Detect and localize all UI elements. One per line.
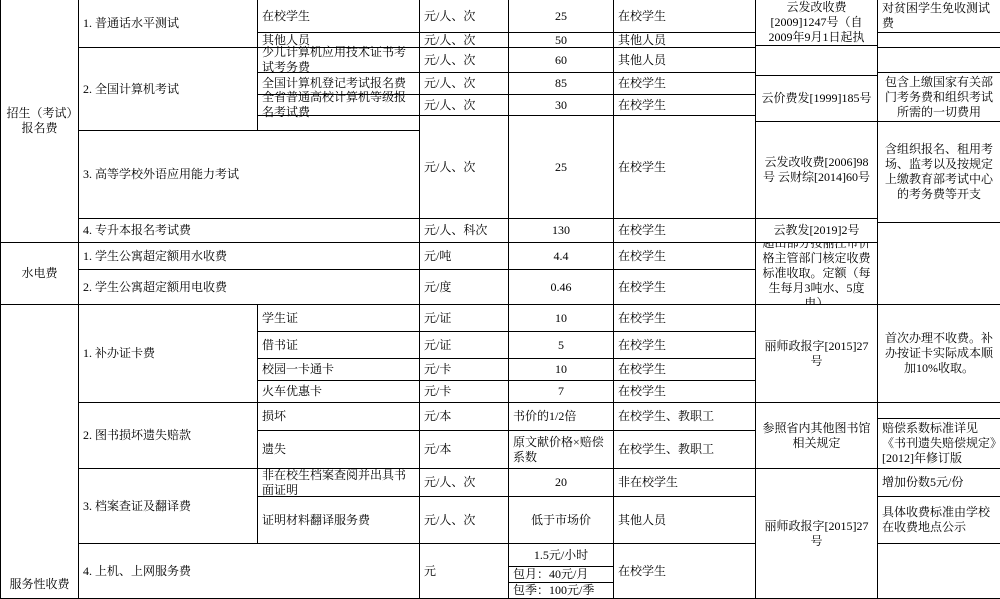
cell-payer: 在校学生 — [614, 305, 756, 332]
cell-note-empty — [878, 48, 1000, 73]
cell-price: 包月：40元/月 — [509, 567, 614, 583]
cell-price: 1.5元/小时 — [509, 544, 614, 567]
cell-payer: 在校学生 — [614, 544, 756, 599]
cell-price: 包季：100元/季 — [509, 583, 614, 599]
cell-payer: 在校学生 — [614, 116, 756, 219]
cell-unit: 元/卡 — [420, 381, 509, 403]
cell-payer: 在校学生 — [614, 0, 756, 33]
cell-unit: 元/人、次 — [420, 95, 509, 116]
cell-unit: 元/人、次 — [420, 0, 509, 33]
cell-note-includes-organizing-expenses: 含组织报名、租用考场、监考以及按规定上缴教育部考试中心的考务费等开支 — [878, 122, 1000, 223]
cell-payer: 其他人员 — [614, 33, 756, 48]
cell-price: 25 — [509, 116, 614, 219]
cell-payer: 在校学生、教职工 — [614, 403, 756, 431]
cell-basis-computer-exam: 云价费发[1999]185号 — [756, 76, 878, 122]
cell-item-putonghua-test: 1. 普通话水平测试 — [79, 0, 258, 48]
cell-price: 4.4 — [509, 243, 614, 270]
cell-note-posted-at-payment-site: 具体收费标准由学校在收费地点公示 — [878, 497, 1000, 544]
cell-item-over-quota-water: 1. 学生公寓超定额用水收费 — [79, 243, 420, 270]
cell-subitem-campus-card: 校园一卡通卡 — [258, 359, 420, 381]
cell-price: 130 — [509, 219, 614, 243]
cell-price: 30 — [509, 95, 614, 116]
cell-unit: 元/人、次 — [420, 469, 509, 497]
cell-payer: 非在校学生 — [614, 469, 756, 497]
cell-payer: 在校学生 — [614, 243, 756, 270]
cell-unit: 元/人、次 — [420, 33, 509, 48]
cell-price: 7 — [509, 381, 614, 403]
cell-note-empty — [878, 403, 1000, 419]
cell-subitem-empty — [258, 116, 420, 131]
cell-note-extra-copies: 增加份数5元/份 — [878, 469, 1000, 497]
cell-subitem-lost: 遗失 — [258, 431, 420, 469]
cell-unit: 元/本 — [420, 403, 509, 431]
cell-item-card-replacement: 1. 补办证卡费 — [79, 305, 258, 403]
cell-note-includes-national-fees: 包含上缴国家有关部门考务费和组织考试所需的一切费用 — [878, 73, 1000, 122]
cell-subitem-enrolled-students: 在校学生 — [258, 0, 420, 33]
cell-payer: 其他人员 — [614, 48, 756, 73]
cell-unit: 元 — [420, 544, 509, 599]
cell-price: 低于市场价 — [509, 497, 614, 544]
cell-price: 50 — [509, 33, 614, 48]
cell-unit: 元/人、次 — [420, 73, 509, 95]
cell-subitem-library-card: 借书证 — [258, 332, 420, 359]
cell-payer: 在校学生、教职工 — [614, 431, 756, 469]
cell-subitem-damaged: 损坏 — [258, 403, 420, 431]
cell-subitem-provincial-computer-grade: 全省普通高校计算机等级报名考试费 — [258, 95, 420, 116]
cell-unit: 元/人、次 — [420, 497, 509, 544]
cell-subitem-children-computer-cert: 少儿计算机应用技术证书考试考务费 — [258, 48, 420, 73]
cell-unit: 元/人、科次 — [420, 219, 509, 243]
cell-price: 10 — [509, 305, 614, 332]
cell-unit: 元/人、次 — [420, 48, 509, 73]
fee-schedule-table: 招生（考试）报名费 水电费 服务性收费 1. 普通话水平测试 2. 全国计算机考… — [0, 0, 1000, 599]
cell-subitem-translation-service: 证明材料翻译服务费 — [258, 497, 420, 544]
cell-unit: 元/证 — [420, 305, 509, 332]
cell-price: 原文献价格×赔偿系数 — [509, 431, 614, 469]
cell-price: 60 — [509, 48, 614, 73]
cell-unit: 元/卡 — [420, 359, 509, 381]
cell-item-national-computer-exam: 2. 全国计算机考试 — [79, 48, 258, 131]
cell-basis-foreign-language-test: 云发改收费[2006]98号 云财综[2014]60号 — [756, 122, 878, 219]
cell-price: 85 — [509, 73, 614, 95]
cell-payer: 在校学生 — [614, 219, 756, 243]
cell-payer: 在校学生 — [614, 95, 756, 116]
cell-payer: 在校学生 — [614, 270, 756, 305]
cell-item-book-damage-compensation: 2. 图书损坏遗失赔款 — [79, 403, 258, 469]
cell-unit: 元/本 — [420, 431, 509, 469]
cell-unit: 元/吨 — [420, 243, 509, 270]
cell-unit: 元/人、次 — [420, 116, 509, 219]
cell-note-poor-students-exempt: 对贫困学生免收测试费 — [878, 0, 1000, 33]
cell-price: 书价的1/2倍 — [509, 403, 614, 431]
cell-price: 0.46 — [509, 270, 614, 305]
cell-unit: 元/证 — [420, 332, 509, 359]
cell-note-compensation-coefficient: 赔偿系数标准详见《书刊遗失赔偿规定》[2012]年修订版 — [878, 419, 1000, 469]
cell-note-first-time-free: 首次办理不收费。补办按证卡实际成本顺加10%收取。 — [878, 305, 1000, 403]
cell-subitem-nonstudent-archive-check: 非在校生档案查阅并出具书面证明 — [258, 469, 420, 497]
cell-note-empty — [878, 33, 1000, 48]
cell-basis-empty — [756, 46, 878, 76]
cell-payer: 在校学生 — [614, 73, 756, 95]
cell-price: 5 — [509, 332, 614, 359]
cell-payer: 在校学生 — [614, 332, 756, 359]
cell-item-college-foreign-language-test: 3. 高等学校外语应用能力考试 — [79, 131, 420, 219]
cell-basis-zhuanshengben: 云教发[2019]2号 — [756, 219, 878, 243]
cell-basis-putonghua: 云发改收费[2009]1247号（自2009年9月1日起执 — [756, 0, 878, 46]
cell-price: 10 — [509, 359, 614, 381]
cell-category-enrollment-exam-fees: 招生（考试）报名费 — [1, 0, 79, 243]
cell-price: 25 — [509, 0, 614, 33]
cell-item-archive-verification-translation: 3. 档案查证及翻译费 — [79, 469, 258, 544]
cell-basis-water-electricity: 超出部分按丽江市价格主管部门核定收费标准收取。定额（每生每月3吨水、5度电） — [756, 243, 878, 305]
cell-basis-card-replacement: 丽师政报字[2015]27号 — [756, 305, 878, 403]
cell-unit: 元/度 — [420, 270, 509, 305]
cell-subitem-student-id: 学生证 — [258, 305, 420, 332]
cell-item-computer-internet-service: 4. 上机、上网服务费 — [79, 544, 420, 599]
cell-note-empty — [878, 223, 1000, 305]
cell-payer: 在校学生 — [614, 359, 756, 381]
cell-category-water-electricity: 水电费 — [1, 243, 79, 305]
cell-item-over-quota-electricity: 2. 学生公寓超定额用电收费 — [79, 270, 420, 305]
cell-payer: 在校学生 — [614, 381, 756, 403]
cell-basis-library: 参照省内其他图书馆相关规定 — [756, 403, 878, 469]
cell-item-zhuanshengben-exam-fee: 4. 专升本报名考试费 — [79, 219, 420, 243]
cell-payer: 其他人员 — [614, 497, 756, 544]
cell-subitem-train-discount-card: 火车优惠卡 — [258, 381, 420, 403]
cell-category-service-fees: 服务性收费 — [1, 305, 79, 599]
cell-basis-archive-internet: 丽师政报字[2015]27号 — [756, 469, 878, 599]
cell-price: 20 — [509, 469, 614, 497]
cell-note-empty — [878, 544, 1000, 599]
